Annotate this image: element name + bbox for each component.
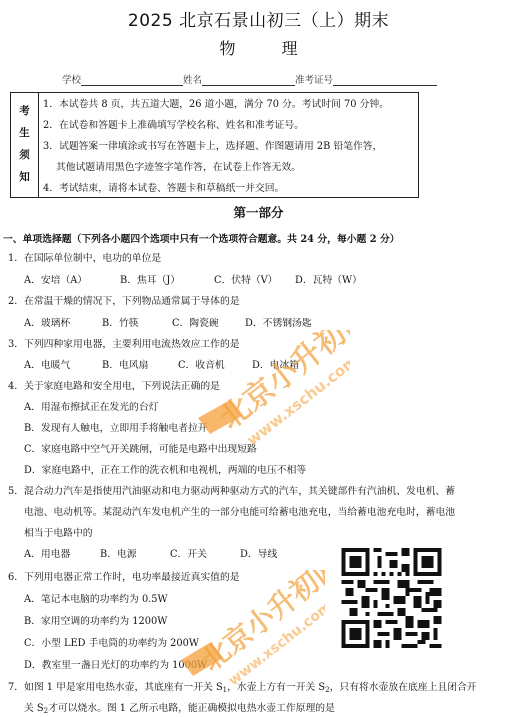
- option-d: D．不锈钢汤匙: [245, 315, 312, 329]
- question-stem: 1．在国际单位制中，电功的单位是: [8, 250, 161, 264]
- notice-side-char: 生: [11, 125, 38, 140]
- exam-notice-box: 考 生 须 知 1．本试卷共 8 页，共五道大题，26 道小题，满分 70 分。…: [10, 92, 419, 198]
- question-stem: 3．下列四种家用电器，主要利用电流热效应工作的是: [8, 336, 240, 350]
- notice-side-char: 考: [11, 103, 38, 118]
- stem-text: 才可以烧水。图 1 乙所示电路，能正确模拟电热水壶工作原理的是: [48, 703, 335, 714]
- question-stem-cont: 电池、电动机等。某混动汽车发电机产生的一部分电能可给蓄电池充电，当给蓄电池充电时…: [24, 504, 455, 518]
- option-c: C．家庭电路中空气开关跳闸，可能是电路中出现短路: [24, 441, 257, 455]
- option-d: D．导线: [240, 546, 277, 560]
- student-info-line: 学校姓名准考证号: [62, 72, 437, 86]
- question-stem: 7．如图 1 甲是家用电热水壶，其底座有一开关 S1，水壶上方有一开关 S2，只…: [8, 679, 477, 694]
- section-title: 一、单项选择题（下列各小题四个选项中只有一个选项符合题意。共 24 分，每小题 …: [3, 231, 400, 245]
- stem-text: 7．如图 1 甲是家用电热水壶，其底座有一开关 S: [8, 682, 223, 693]
- stem-text: ，水壶上方有一开关 S: [227, 682, 325, 693]
- option-b: B．焦耳（J）: [120, 272, 180, 286]
- notice-item: 1．本试卷共 8 页，共五道大题，26 道小题，满分 70 分。考试时间 70 …: [43, 96, 389, 110]
- watermark-logo-icon: 北京小升初网 www.xschu.com: [175, 570, 325, 695]
- name-label: 姓名: [183, 75, 202, 86]
- option-b: B．家用空调的功率约为 1200W: [24, 613, 167, 627]
- exam-id-blank: [333, 75, 437, 86]
- school-label: 学校: [62, 75, 81, 86]
- option-d: D．教室里一盏日光灯的功率约为 1000W: [24, 657, 207, 671]
- question-stem: 6．下列用电器正常工作时，电功率最接近真实值的是: [8, 569, 240, 583]
- question-stem: 2．在常温干燥的情况下，下列物品通常属于导体的是: [8, 293, 240, 307]
- notice-side-char: 须: [11, 147, 38, 162]
- subject-title: 物理: [0, 36, 517, 59]
- exam-title: 2025 北京石景山初三（上）期末: [0, 6, 517, 31]
- subject-char: 物: [219, 36, 235, 59]
- option-c: C．开关: [170, 546, 207, 560]
- notice-item: 3．试题答案一律填涂或书写在答题卡上，选择题、作图题请用 2B 铅笔作答，: [43, 138, 382, 152]
- option-c: C．陶瓷碗: [172, 315, 219, 329]
- option-c: C．小型 LED 手电筒的功率约为 200W: [24, 635, 199, 649]
- option-a: A．用湿布擦拭正在发光的台灯: [24, 399, 158, 413]
- part-title: 第一部分: [0, 203, 517, 221]
- option-a: A．笔记本电脑的功率约为 0.5W: [24, 591, 168, 605]
- question-stem-cont: 相当于电路中的: [24, 525, 93, 539]
- option-c: C．伏特（V）: [214, 272, 278, 286]
- exam-id-label: 准考证号: [295, 75, 333, 86]
- option-a: A．玻璃杯: [24, 315, 70, 329]
- notice-side-label: 考 生 须 知: [11, 93, 39, 197]
- option-a: A．用电器: [24, 546, 70, 560]
- subject-char: 理: [282, 36, 298, 59]
- option-b: B．电源: [100, 546, 137, 560]
- notice-side-char: 知: [11, 169, 38, 184]
- notice-item: 4．考试结束，请将本试卷、答题卡和草稿纸一并交回。: [43, 180, 284, 194]
- question-stem: 5．混合动力汽车是指使用汽油驱动和电力驱动两种驱动方式的汽车，其关键部件有汽油机…: [8, 483, 455, 497]
- notice-item: 其他试题请用黑色字迹签字笔作答，在试卷上作答无效。: [56, 159, 301, 173]
- option-d: D．家庭电路中，正在工作的洗衣机和电视机，两端的电压不相等: [24, 462, 306, 476]
- notice-item: 2．在试卷和答题卡上准确填写学校名称、姓名和准考证号。: [43, 117, 304, 131]
- qr-code-icon: [340, 548, 443, 648]
- option-b: B．电风扇: [102, 357, 148, 371]
- option-a: A．电暖气: [24, 357, 70, 371]
- option-b: B．发现有人触电，立即用手将触电者拉开: [24, 420, 208, 434]
- name-blank: [202, 75, 295, 86]
- option-d: D．瓦特（W）: [295, 272, 362, 286]
- school-blank: [81, 75, 183, 86]
- option-d: D．电冰箱: [252, 357, 299, 371]
- stem-text: 关 S: [24, 703, 44, 714]
- option-b: B．竹筷: [102, 315, 139, 329]
- watermark-url: www.xschu.com: [226, 599, 325, 690]
- question-stem: 4．关于家庭电路和安全用电，下列说法正确的是: [8, 378, 220, 392]
- question-stem-cont: 关 S2才可以烧水。图 1 乙所示电路，能正确模拟电热水壶工作原理的是: [24, 700, 335, 715]
- watermark-text: 北京小升初网: [195, 570, 325, 678]
- option-c: C．收音机: [178, 357, 225, 371]
- stem-text: ，只有将水壶放在底座上且闭合开: [330, 682, 477, 693]
- option-a: A．安培（A）: [24, 272, 87, 286]
